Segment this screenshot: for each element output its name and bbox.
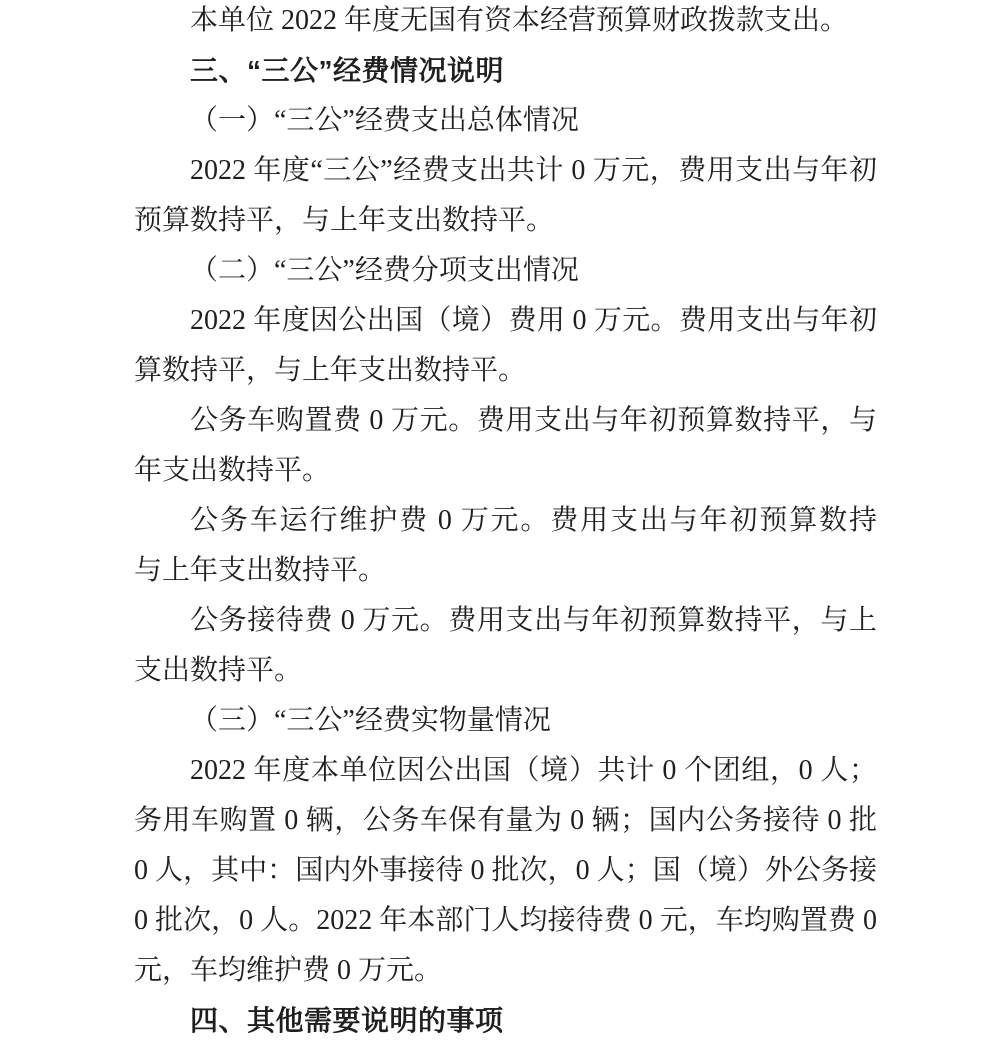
paragraph-line: 2022 年度因公出国（境）费用 0 万元。费用支出与年初预 bbox=[134, 296, 877, 346]
section-heading-four: 四、其他需要说明的事项 bbox=[134, 996, 877, 1043]
paragraph-line: 2022 年度“三公”经费支出共计 0 万元，费用支出与年初 bbox=[134, 146, 877, 196]
document-content: 本单位 2022 年度无国有资本经营预算财政拨款支出。 三、“三公”经费情况说明… bbox=[134, 0, 877, 1043]
paragraph-line: 支出数持平。 bbox=[134, 646, 877, 696]
paragraph-line: 公务接待费 0 万元。费用支出与年初预算数持平，与上年 bbox=[134, 596, 877, 646]
paragraph-line: 公务车运行维护费 0 万元。费用支出与年初预算数持平， bbox=[134, 496, 877, 546]
paragraph-line: 元，车均维护费 0 万元。 bbox=[134, 946, 877, 996]
paragraph-line: 0 批次，0 人。2022 年本部门人均接待费 0 元，车均购置费 0 万 bbox=[134, 896, 877, 946]
subsection-heading-three: （三）“三公”经费实物量情况 bbox=[134, 696, 877, 746]
paragraph-line: 算数持平，与上年支出数持平。 bbox=[134, 346, 877, 396]
paragraph-line: 务用车购置 0 辆，公务车保有量为 0 辆；国内公务接待 0 批次 bbox=[134, 796, 877, 846]
paragraph-line: 预算数持平，与上年支出数持平。 bbox=[134, 196, 877, 246]
document-page: 本单位 2022 年度无国有资本经营预算财政拨款支出。 三、“三公”经费情况说明… bbox=[0, 0, 1000, 1043]
subsection-heading-one: （一）“三公”经费支出总体情况 bbox=[134, 96, 877, 146]
paragraph-line: 0 人，其中：国内外事接待 0 批次，0 人；国（境）外公务接待 bbox=[134, 846, 877, 896]
paragraph-line: 2022 年度本单位因公出国（境）共计 0 个团组，0 人；公 bbox=[134, 746, 877, 796]
paragraph-line: 与上年支出数持平。 bbox=[134, 546, 877, 596]
subsection-heading-two: （二）“三公”经费分项支出情况 bbox=[134, 246, 877, 296]
section-heading-three: 三、“三公”经费情况说明 bbox=[134, 46, 877, 96]
paragraph-line: 公务车购置费 0 万元。费用支出与年初预算数持平，与上 bbox=[134, 396, 877, 446]
paragraph-line: 年支出数持平。 bbox=[134, 446, 877, 496]
paragraph-line: 本单位 2022 年度无国有资本经营预算财政拨款支出。 bbox=[134, 0, 877, 46]
